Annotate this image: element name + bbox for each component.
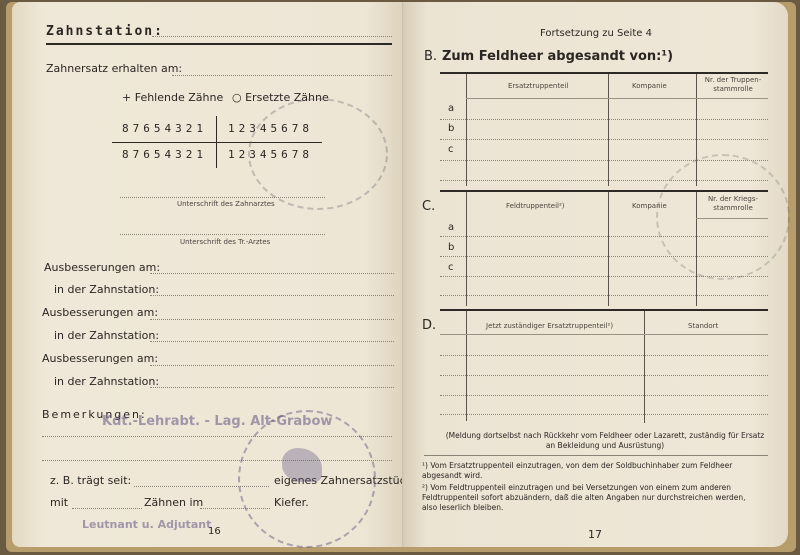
- footnote-rule: [424, 455, 768, 456]
- continuation-note: Fortsetzung zu Seite 4: [540, 28, 652, 39]
- section-b-rule: [440, 72, 768, 74]
- dental-received-label: Zahnersatz erhalten am:: [46, 62, 182, 75]
- section-d-col-line-1: [466, 311, 467, 421]
- dental-station-title: Zahnstation:: [46, 24, 164, 39]
- legend-missing: + Fehlende Zähne: [122, 91, 223, 104]
- wears-since-label: z. B. trägt seit:: [50, 474, 131, 487]
- section-b-title: Zum Feldheer abgesandt von:¹): [442, 49, 673, 64]
- repair-field-2[interactable]: [150, 319, 394, 320]
- section-b-row-b: b: [448, 123, 454, 134]
- left-page-16: Zahnstation: Zahnersatz erhalten am: + F…: [12, 2, 404, 547]
- section-c-row-b: b: [448, 242, 454, 253]
- section-d-header-location: Standort: [688, 322, 718, 330]
- section-b-row-c: c: [448, 144, 454, 155]
- section-d-letter: D.: [422, 318, 436, 333]
- section-b-row-b-field[interactable]: [440, 139, 768, 140]
- teeth-in-label: Zähnen im: [144, 496, 203, 509]
- section-b-header-unit: Ersatztruppenteil: [508, 82, 568, 90]
- round-stamp-gray: [248, 98, 388, 210]
- repair-field-3[interactable]: [150, 365, 394, 366]
- section-b-letter: B.: [424, 49, 437, 64]
- section-c-row-extra-field[interactable]: [440, 295, 768, 296]
- dentist-signature-label: Unterschrift des Zahnarztes: [177, 200, 275, 208]
- station-field-2[interactable]: [150, 341, 394, 342]
- station-label-2: in der Zahnstation:: [54, 329, 159, 342]
- dental-station-field[interactable]: [152, 36, 392, 37]
- soldbuch-booklet: Zahnstation: Zahnersatz erhalten am: + F…: [6, 2, 796, 552]
- repair-label-2: Ausbesserungen am:: [42, 306, 158, 319]
- section-b-col-line-2: [608, 74, 609, 186]
- section-b-header-underline: [466, 98, 768, 99]
- section-c-col-line-1: [466, 192, 467, 306]
- footnote-2-line-2: Feldtruppenteil sofort abzuändern, daß d…: [422, 493, 746, 502]
- section-d-row-4-field[interactable]: [440, 414, 768, 415]
- doctor-signature-field[interactable]: [120, 234, 325, 235]
- footnote-1-line-2: abgesandt wird.: [422, 471, 482, 480]
- title-rule: [46, 43, 392, 45]
- footnote-2-line-3: also leserlich bleiben.: [422, 503, 503, 512]
- repair-label-1: Ausbesserungen am:: [44, 261, 160, 274]
- repair-field-1[interactable]: [150, 273, 394, 274]
- with-label: mit: [50, 496, 68, 509]
- station-label-1: in der Zahnstation:: [54, 283, 159, 296]
- section-d-col-line-2: [644, 311, 645, 423]
- section-d-row-1-field[interactable]: [440, 355, 768, 356]
- station-field-3[interactable]: [150, 387, 394, 388]
- section-d-header-underline: [440, 334, 768, 335]
- report-note-line-1: (Meldung dortselbst nach Rückkehr vom Fe…: [440, 431, 770, 440]
- section-b-col-line-1: [466, 74, 467, 186]
- repair-label-3: Ausbesserungen am:: [42, 352, 158, 365]
- section-c-header-unit: Feldtruppenteil²): [506, 202, 565, 210]
- lower-left-teeth[interactable]: 87654321: [122, 148, 207, 161]
- report-note-line-2: an Bekleidung und Ausrüstung): [440, 441, 770, 450]
- section-b-row-a: a: [448, 103, 454, 114]
- upper-left-teeth[interactable]: 87654321: [122, 122, 207, 135]
- section-c-letter: C.: [422, 199, 435, 214]
- round-stamp-faint: [656, 154, 790, 280]
- section-d-row-3-field[interactable]: [440, 395, 768, 396]
- teeth-count-field[interactable]: [72, 508, 142, 509]
- footnote-2-line-1: ²) Vom Feldtruppenteil einzutragen und b…: [422, 483, 731, 492]
- station-label-3: in der Zahnstation:: [54, 375, 159, 388]
- section-c-row-a: a: [448, 222, 454, 233]
- right-page-17: Fortsetzung zu Seite 4 B. Zum Feldheer a…: [404, 2, 788, 547]
- circle-icon: ○: [232, 91, 242, 104]
- page-number-17: 17: [588, 528, 602, 541]
- footnote-1-line-1: ¹) Vom Ersatztruppenteil einzutragen, vo…: [422, 461, 732, 470]
- section-b-row-a-field[interactable]: [440, 119, 768, 120]
- section-b-header-company: Kompanie: [632, 82, 667, 90]
- doctor-signature-label: Unterschrift des Tr.-Arztes: [180, 238, 270, 246]
- section-c-row-c: c: [448, 262, 454, 273]
- section-b-header-roll-no: Nr. der Truppen-stammrolle: [702, 76, 764, 94]
- plus-icon: +: [122, 91, 131, 104]
- jaw-divider-vertical: [216, 116, 217, 168]
- station-field-1[interactable]: [150, 295, 394, 296]
- dental-received-field[interactable]: [172, 75, 392, 76]
- section-d-header-unit: Jetzt zuständiger Ersatztruppenteil²): [486, 322, 613, 330]
- section-d-row-2-field[interactable]: [440, 375, 768, 376]
- section-d-rule: [440, 309, 768, 311]
- section-c-col-line-2: [608, 192, 609, 306]
- adjutant-stamp-text: Leutnant u. Adjutant: [82, 518, 211, 531]
